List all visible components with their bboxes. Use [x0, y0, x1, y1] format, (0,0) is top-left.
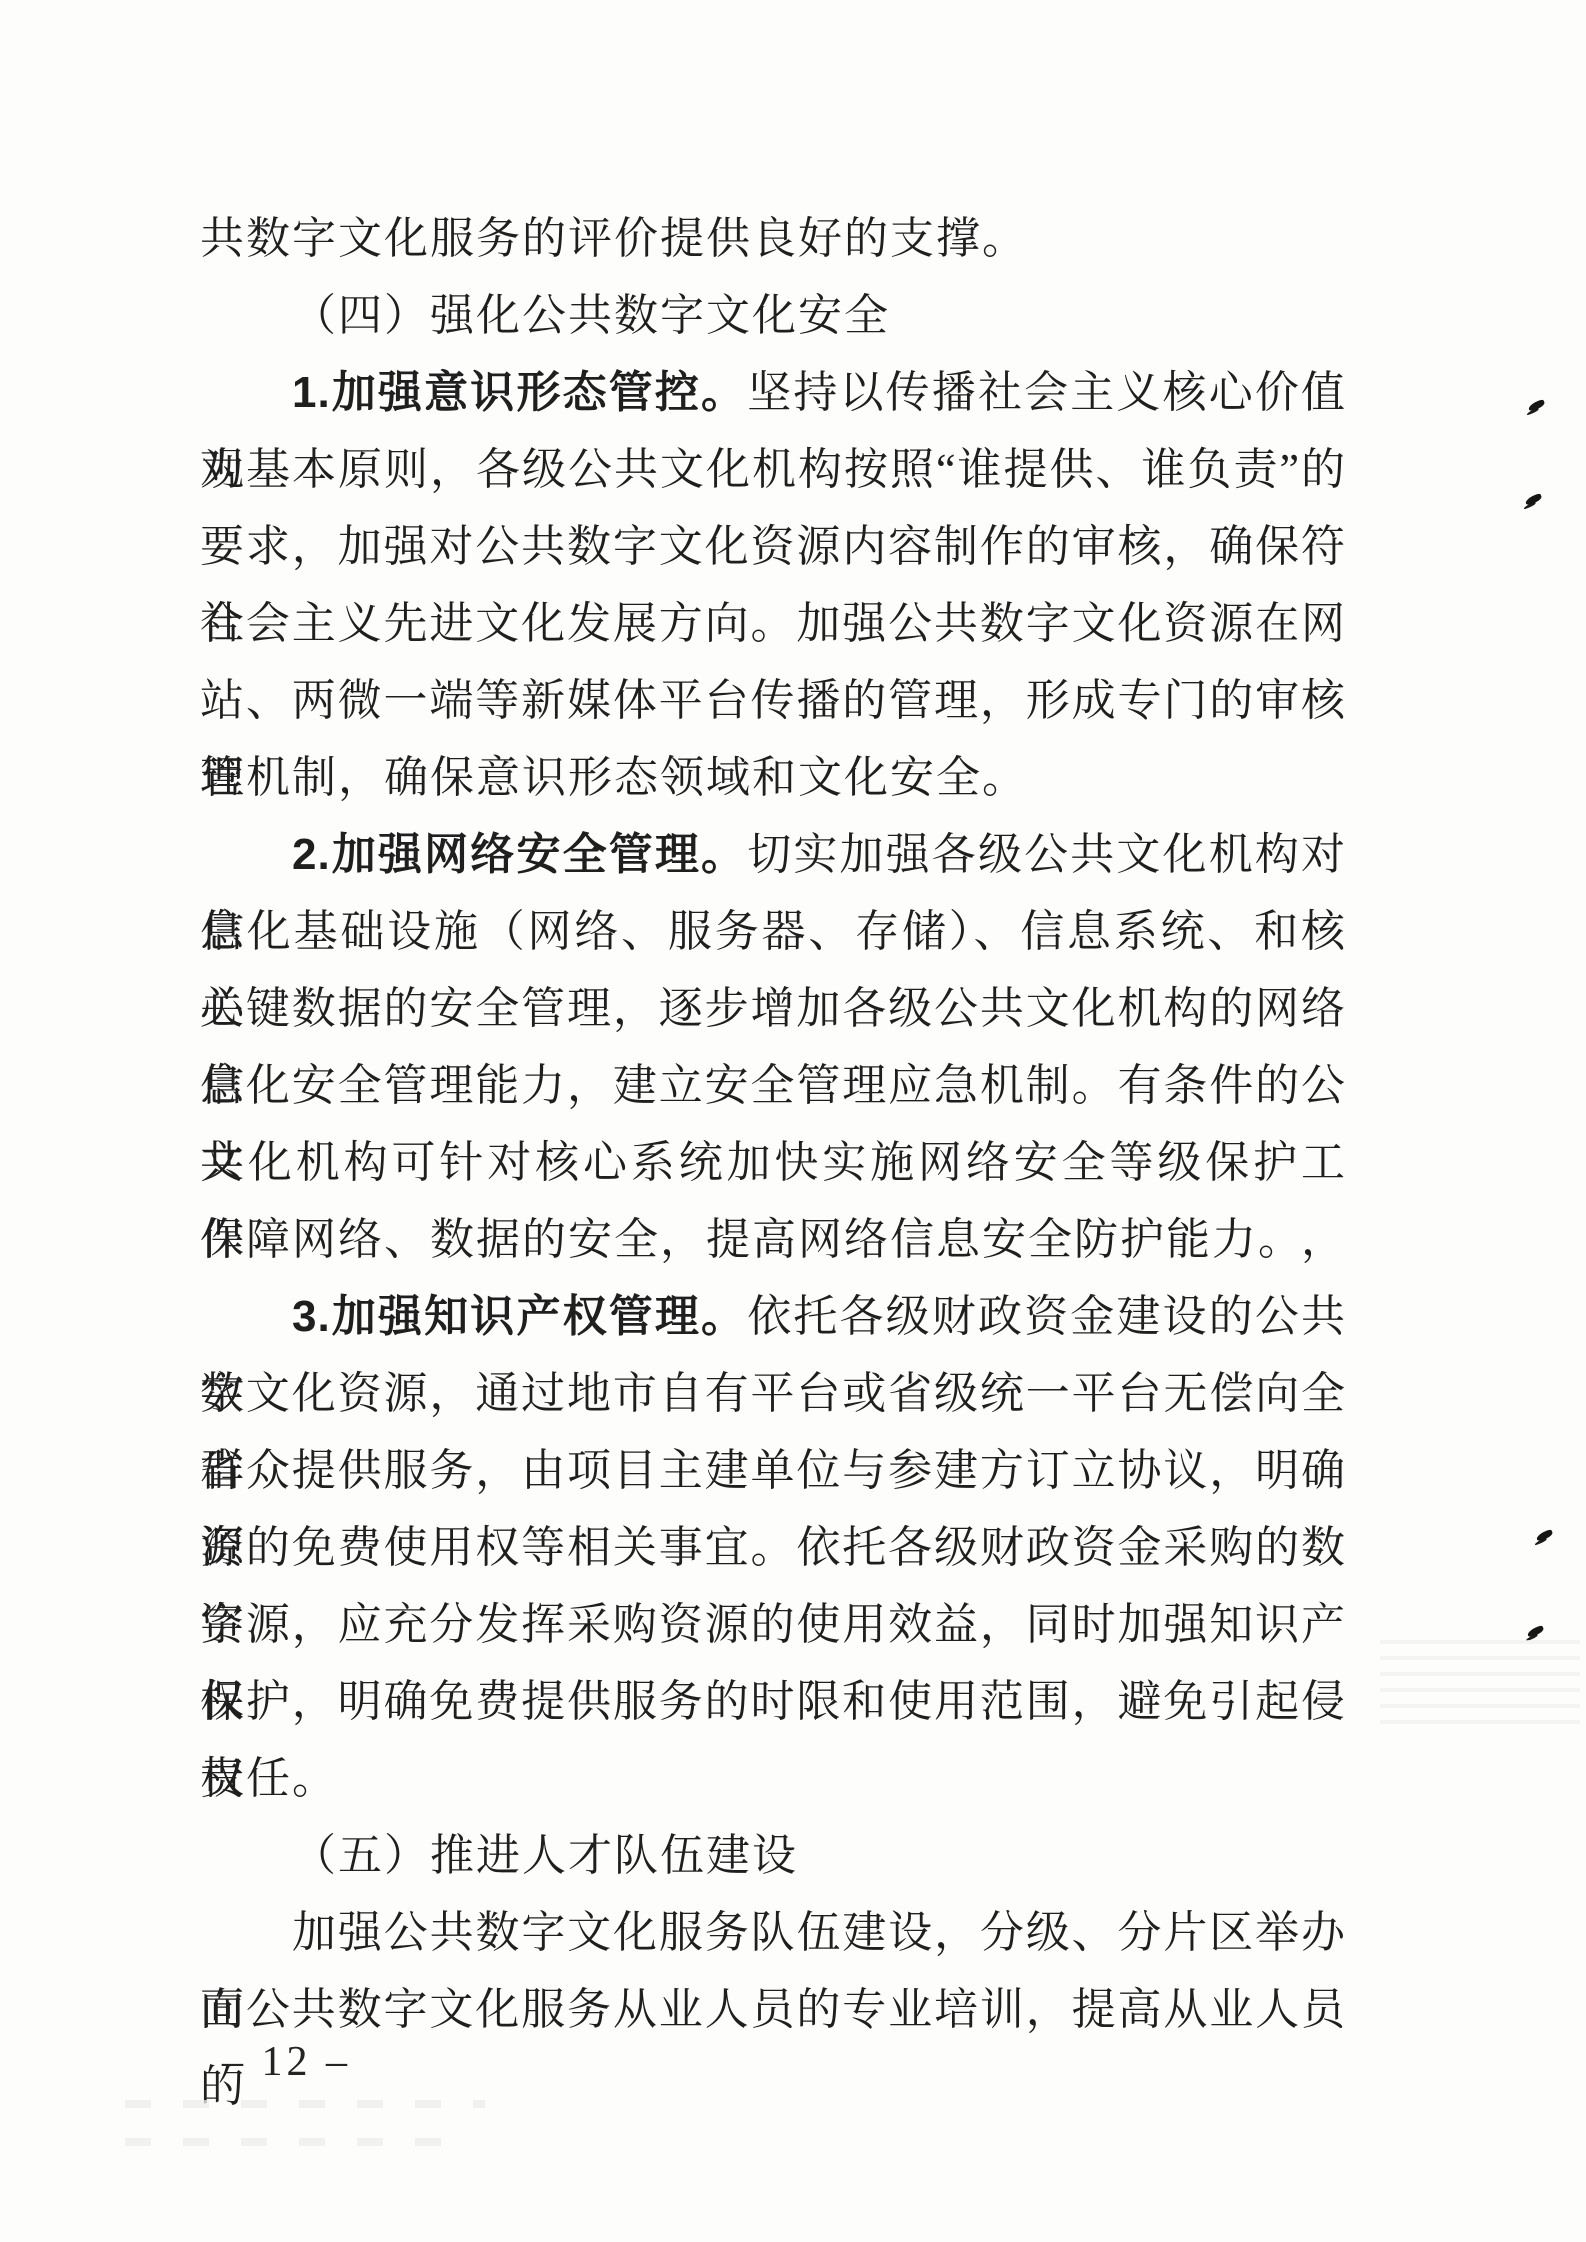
- text-line: 责任。: [200, 1740, 1346, 1817]
- line-text: 共数字文化服务的评价提供良好的支撑。: [200, 214, 1028, 263]
- text-line: 社会主义先进文化发展方向。加强公共数字文化资源在网: [200, 585, 1346, 662]
- page-number: – 12 –: [222, 2038, 351, 2086]
- paragraph-lead-label: 3.加强知识产权管理。: [292, 1292, 747, 1341]
- text-line: 为基本原则，各级公共文化机构按照“谁提供、谁负责”的: [200, 431, 1346, 508]
- ink-smudge-mark: [1527, 399, 1545, 412]
- text-line: （四）强化公共数字文化安全: [200, 277, 1346, 354]
- text-line: 共数字文化服务的评价提供良好的支撑。: [200, 200, 1346, 277]
- paragraph-line-with-lead: 3.加强知识产权管理。依托各级财政资金建设的公共数: [200, 1278, 1346, 1355]
- text-line: 要求，加强对公共数字文化资源内容制作的审核，确保符合: [200, 508, 1346, 585]
- line-text: 责任。: [200, 1754, 338, 1803]
- text-line: 息化基础设施（网络、服务器、存储）、信息系统、和核心: [200, 893, 1346, 970]
- text-line: 加强公共数字文化服务队伍建设，分级、分片区举办面: [200, 1894, 1346, 1971]
- paragraph-lead-label: 2.加强网络安全管理。: [292, 830, 747, 879]
- text-line: 息化安全管理能力，建立安全管理应急机制。有条件的公共: [200, 1047, 1346, 1124]
- text-line: 站、两微一端等新媒体平台传播的管理，形成专门的审核管: [200, 662, 1346, 739]
- scanned-document-page: 共数字文化服务的评价提供良好的支撑。（四）强化公共数字文化安全1.加强意识形态管…: [0, 0, 1586, 2242]
- scan-noise: [1380, 1640, 1580, 1724]
- text-line: 保障网络、数据的安全，提高网络信息安全防护能力。: [200, 1201, 1346, 1278]
- paragraph-line-with-lead: 1.加强意识形态管控。坚持以传播社会主义核心价值观: [200, 354, 1346, 431]
- text-line: 理机制，确保意识形态领域和文化安全。: [200, 739, 1346, 816]
- line-text: 向公共数字文化服务从业人员的专业培训，提高从业人员的: [200, 1985, 1346, 2111]
- paragraph-lead-label: 1.加强意识形态管控。: [292, 368, 747, 417]
- text-line: 群众提供服务，由项目主建单位与参建方订立协议，明确资: [200, 1432, 1346, 1509]
- ink-smudge-mark: [1535, 1529, 1553, 1542]
- line-text: 保障网络、数据的安全，提高网络信息安全防护能力。: [200, 1215, 1304, 1264]
- text-line: 保护，明确免费提供服务的时限和使用范围，避免引起侵权: [200, 1663, 1346, 1740]
- text-line: （五）推进人才队伍建设: [200, 1817, 1346, 1894]
- scan-noise: [125, 2100, 485, 2108]
- text-line: 向公共数字文化服务从业人员的专业培训，提高从业人员的: [200, 1971, 1346, 2048]
- text-line: 资源，应充分发挥采购资源的使用效益，同时加强知识产权: [200, 1586, 1346, 1663]
- line-text: （四）强化公共数字文化安全: [292, 291, 890, 340]
- text-line: 字文化资源，通过地市自有平台或省级统一平台无偿向全省: [200, 1355, 1346, 1432]
- ink-smudge-mark: [1524, 493, 1542, 506]
- line-text: 为基本原则，各级公共文化机构按照“谁提供、谁负责”的: [200, 445, 1346, 494]
- scan-noise: [125, 2138, 455, 2146]
- ink-smudge-mark: [1526, 1625, 1544, 1638]
- line-text: 社会主义先进文化发展方向。加强公共数字文化资源在网: [200, 599, 1346, 648]
- text-line: 关键数据的安全管理，逐步增加各级公共文化机构的网络信: [200, 970, 1346, 1047]
- paragraph-line-with-lead: 2.加强网络安全管理。切实加强各级公共文化机构对信: [200, 816, 1346, 893]
- line-text: 理机制，确保意识形态领域和文化安全。: [200, 753, 1028, 802]
- line-text: （五）推进人才队伍建设: [292, 1831, 798, 1880]
- document-body: 共数字文化服务的评价提供良好的支撑。（四）强化公共数字文化安全1.加强意识形态管…: [200, 200, 1346, 2048]
- text-line: 文化机构可针对核心系统加快实施网络安全等级保护工作，: [200, 1124, 1346, 1201]
- text-line: 源的免费使用权等相关事宜。依托各级财政资金采购的数字: [200, 1509, 1346, 1586]
